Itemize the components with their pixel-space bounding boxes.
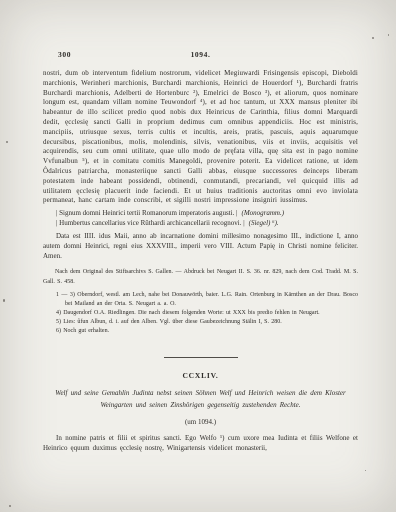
charter-number: CCXLIV. — [43, 371, 358, 380]
scanned-book-page: 300 1094. nostri, dum ob interventum fid… — [0, 0, 396, 512]
charter-body-text: nostri, dum ob interventum fidelium nost… — [43, 69, 358, 206]
signature-block: | Signum domni Heinrici tertii Romanorum… — [43, 209, 358, 229]
footnote-1-3: 1 — 3) Oberndorf, westl. am Lech, nahe b… — [43, 291, 358, 309]
charter-opening-text: In nomine patris et filii et spiritus sa… — [43, 433, 358, 453]
scan-speck — [365, 470, 366, 471]
seal-annotation: (Siegel) ⁶). — [245, 219, 279, 227]
dating-clause: Data est IIII. idus Maii, anno ab incarn… — [43, 232, 358, 261]
footnotes: 1 — 3) Oberndorf, westl. am Lech, nahe b… — [43, 291, 358, 336]
scan-speck — [6, 141, 8, 143]
scan-speck — [388, 34, 389, 36]
recognition-text: | Humbertus cancellarius vice Rûthardi a… — [56, 219, 245, 227]
scan-speck — [9, 505, 11, 507]
signum-text: | Signum domni Heinrici tertii Romanorum… — [56, 209, 237, 217]
source-note: Nach dem Original des Stiftsarchivs S. G… — [43, 268, 358, 287]
footnote-5: 5) Lies: ûfun Albun, d. i. auf den Alben… — [43, 318, 358, 327]
running-head: 300 1094. — [43, 50, 358, 61]
signum-line: | Signum domni Heinrici tertii Romanorum… — [43, 209, 358, 219]
footnote-6: 6) Noch gut erhalten. — [43, 327, 358, 336]
charter-date: (um 1094.) — [43, 418, 358, 426]
recognition-line: | Humbertus cancellarius vice Rûthardi a… — [43, 219, 358, 229]
scan-speck — [3, 299, 5, 302]
monogram-annotation: (Monogramm.) — [237, 209, 284, 217]
text-column: 300 1094. nostri, dum ob interventum fid… — [43, 50, 358, 453]
scan-speck — [372, 37, 374, 39]
section-divider-rule — [164, 357, 238, 358]
footnote-4: 4) Daugendorf O.A. Riedlingen. Die nach … — [43, 309, 358, 318]
charter-regest: Welf und seine Gemahlin Judinta nebst se… — [47, 388, 354, 411]
header-year: 1094. — [43, 50, 358, 59]
